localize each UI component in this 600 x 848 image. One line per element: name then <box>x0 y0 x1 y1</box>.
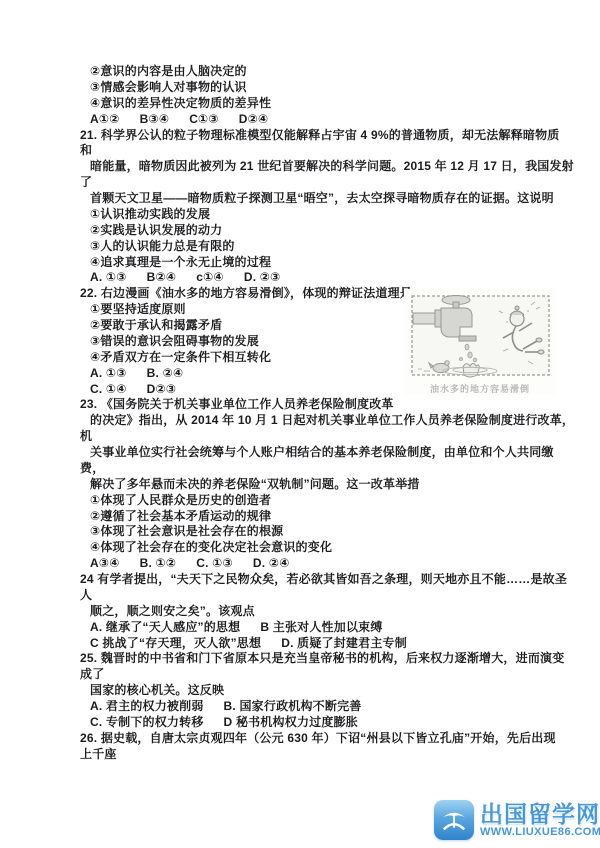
text-segment: 和 <box>80 143 92 159</box>
text-segment: A①② <box>90 112 120 128</box>
site-url: WWW.LIUXUE86.COM <box>480 826 600 839</box>
text-segment: D 秘书机构权力过度膨胀 <box>224 715 358 731</box>
text-segment: C. ①④ <box>90 382 127 398</box>
text-segment: 24 有学者提出，“夫天下之民物众矣，若必欲其皆如吾之条理，则天地亦且不能……是… <box>80 572 567 588</box>
site-name: 出国留学网 <box>480 802 600 826</box>
text-line: 24 有学者提出，“夫天下之民物众矣，若必欲其皆如吾之条理，则天地亦且不能……是… <box>80 572 585 588</box>
text-segment: 22. 右边漫画《油水多的地方容易滑倒》，体现的辩证法道理是 <box>80 286 412 302</box>
text-line: 关事业单位实行社会统筹与个人账户相结合的基本养老保险制度，由单位和个人共同缴 <box>80 445 585 461</box>
exam-paper-text: ②意识的内容是由人脑决定的③情感会影响人对事物的认识④意识的差异性决定物质的差异… <box>80 64 585 763</box>
text-segment: 25. 魏晋时的中书省和门下省原本只是充当皇帝秘书的机构，后来权力逐渐增大，进而… <box>80 651 564 667</box>
text-segment: D②③ <box>147 382 177 398</box>
text-line: 费， <box>80 461 585 477</box>
text-segment: 21. 科学界公认的粒子物理标准模型仅能解释占宇宙 4 9%的普通物质，却无法解… <box>80 128 560 144</box>
text-segment: B②④ <box>147 270 177 286</box>
text-segment: D. ②③ <box>244 270 281 286</box>
text-segment: A③④ <box>90 556 120 572</box>
text-segment: 解决了多年悬而未决的养老保险“双轨制”问题。这一改革举措 <box>90 477 420 493</box>
text-segment: 费， <box>80 461 104 477</box>
text-segment: 首颗天文卫星——暗物质粒子探测卫星“晤空”，去太空探寻暗物质存在的证据。这说明 <box>90 191 554 207</box>
text-segment: A. ①③ <box>90 366 127 382</box>
text-segment: ②意识的内容是由人脑决定的 <box>90 64 247 80</box>
text-segment: 23. 《国务院关于机关事业单位工作人员养老保险制度改革 <box>80 397 394 413</box>
text-segment: ③错误的意识会阻碍事物的发展 <box>90 334 259 350</box>
text-segment: C 挑战了“存天理，灭人欲”思想 <box>90 636 261 652</box>
text-segment: ①体现了人民群众是历史的创造者 <box>90 493 271 509</box>
text-line: 暗能量，暗物质因此被列为 21 世纪首要解决的科学问题。2015 年 12 月 … <box>80 159 585 175</box>
text-segment: B 主张对人性加以束缚 <box>260 620 382 636</box>
text-segment: B③④ <box>140 112 170 128</box>
site-watermark: 出国留学网 WWW.LIUXUE86.COM <box>434 798 594 842</box>
text-line: 21. 科学界公认的粒子物理标准模型仅能解释占宇宙 4 9%的普通物质，却无法解… <box>80 128 585 144</box>
text-segment: 关事业单位实行社会统筹与个人账户相结合的基本养老保险制度，由单位和个人共同缴 <box>90 445 554 461</box>
text-segment: ④矛盾双方在一定条件下相互转化 <box>90 350 271 366</box>
text-segment: ④意识的差异性决定物质的差异性 <box>90 96 271 112</box>
text-segment: ③情感会影响人对事物的认识 <box>90 80 247 96</box>
text-line: 国家的核心机关。这反映 <box>80 683 585 699</box>
text-segment: ④追求真理是一个永无止境的过程 <box>90 255 271 271</box>
text-segment: A. 继承了“天人感应”的思想 <box>90 620 240 636</box>
text-line: 顺之，顺之则安之矣”。该观点 <box>80 604 585 620</box>
text-line: ②遵循了社会基本矛盾运动的规律 <box>80 509 585 525</box>
text-segment: C. 专制下的权力转移 <box>90 715 204 731</box>
liuxue86-logo-icon <box>434 800 474 840</box>
cartoon-image <box>404 289 556 379</box>
text-line: 的决定》指出，从 2014 年 10 月 1 日起对机关事业单位工作人员养老保险… <box>80 413 585 429</box>
text-segment: ①要坚持适度原则 <box>90 302 186 318</box>
text-segment: 国家的核心机关。这反映 <box>90 683 224 699</box>
text-segment: A. 君主的权力被削弱 <box>90 699 204 715</box>
text-segment: C①③ <box>189 112 219 128</box>
text-line: ④追求真理是一个永无止境的过程 <box>80 255 585 271</box>
text-line: 机 <box>80 429 585 445</box>
text-line: A. ①③B②④c①④D. ②③ <box>80 270 585 286</box>
text-segment: C. ①③ <box>196 556 233 572</box>
text-line: 23. 《国务院关于机关事业单位工作人员养老保险制度改革 <box>80 397 585 413</box>
text-line: 和 <box>80 143 585 159</box>
text-line: 了 <box>80 175 585 191</box>
text-segment: ④体现了社会存在的变化决定社会意识的变化 <box>90 540 332 556</box>
text-segment: A. ①③ <box>90 270 127 286</box>
text-segment: 26. 据史载，自唐太宗贞观四年（公元 630 年）下诏“州县以下皆立孔庙”开始… <box>80 731 556 747</box>
text-segment: D. ②④ <box>253 556 290 572</box>
text-line: 首颗天文卫星——暗物质粒子探测卫星“晤空”，去太空探寻暗物质存在的证据。这说明 <box>80 191 585 207</box>
text-line: 人 <box>80 588 585 604</box>
text-segment: ③体现了社会意识是社会存在的根源 <box>90 524 283 540</box>
text-segment: ②遵循了社会基本矛盾运动的规律 <box>90 509 271 525</box>
text-line: 解决了多年悬而未决的养老保险“双轨制”问题。这一改革举措 <box>80 477 585 493</box>
text-segment: B. ②④ <box>147 366 184 382</box>
text-segment: B. 国家行政机构不断完善 <box>224 699 362 715</box>
text-line: ②意识的内容是由人脑决定的 <box>80 64 585 80</box>
text-segment: D②④ <box>239 112 269 128</box>
text-segment: ②实践是认识发展的动力 <box>90 223 222 239</box>
text-line: ④意识的差异性决定物质的差异性 <box>80 96 585 112</box>
text-segment: 上千座 <box>80 747 117 763</box>
text-segment: 的决定》指出，从 2014 年 10 月 1 日起对机关事业单位工作人员养老保险… <box>90 413 574 429</box>
text-line: A③④B. ①②C. ①③D. ②④ <box>80 556 585 572</box>
cartoon-caption: 油水多的地方容易滑倒 <box>404 382 556 395</box>
text-line: ③情感会影响人对事物的认识 <box>80 80 585 96</box>
text-line: ③人的认识能力总是有限的 <box>80 239 585 255</box>
text-segment: D. 质疑了封建君主专制 <box>281 636 407 652</box>
text-line: A. 君主的权力被削弱B. 国家行政机构不断完善 <box>80 699 585 715</box>
text-line: C 挑战了“存天理，灭人欲”思想D. 质疑了封建君主专制 <box>80 636 585 652</box>
text-segment: 人 <box>80 588 92 604</box>
text-line: 25. 魏晋时的中书省和门下省原本只是充当皇帝秘书的机构，后来权力逐渐增大，进而… <box>80 651 585 667</box>
text-line: 上千座 <box>80 747 585 763</box>
text-segment: ③人的认识能力总是有限的 <box>90 239 235 255</box>
text-segment: B. ①② <box>140 556 177 572</box>
text-segment: ①认识推动实践的发展 <box>90 207 210 223</box>
text-line: ①体现了人民群众是历史的创造者 <box>80 493 585 509</box>
text-line: A. 继承了“天人感应”的思想B 主张对人性加以束缚 <box>80 620 585 636</box>
text-segment: ②要敢于承认和揭露矛盾 <box>90 318 222 334</box>
question-22-cartoon: 油水多的地方容易滑倒 <box>404 289 556 395</box>
text-line: C. 专制下的权力转移D 秘书机构权力过度膨胀 <box>80 715 585 731</box>
text-line: A①②B③④C①③D②④ <box>80 112 585 128</box>
text-line: ①认识推动实践的发展 <box>80 207 585 223</box>
text-segment: 机 <box>80 429 92 445</box>
cartoon-frame <box>412 296 549 375</box>
text-line: 26. 据史载，自唐太宗贞观四年（公元 630 年）下诏“州县以下皆立孔庙”开始… <box>80 731 585 747</box>
text-segment: 顺之，顺之则安之矣”。该观点 <box>90 604 255 620</box>
text-segment: 成了 <box>80 667 104 683</box>
text-line: ②实践是认识发展的动力 <box>80 223 585 239</box>
text-line: ④体现了社会存在的变化决定社会意识的变化 <box>80 540 585 556</box>
text-line: ③体现了社会意识是社会存在的根源 <box>80 524 585 540</box>
text-segment: 暗能量，暗物质因此被列为 21 世纪首要解决的科学问题。2015 年 12 月 … <box>90 159 574 175</box>
text-line: 成了 <box>80 667 585 683</box>
text-segment: c①④ <box>196 270 224 286</box>
text-segment: 了 <box>80 175 92 191</box>
